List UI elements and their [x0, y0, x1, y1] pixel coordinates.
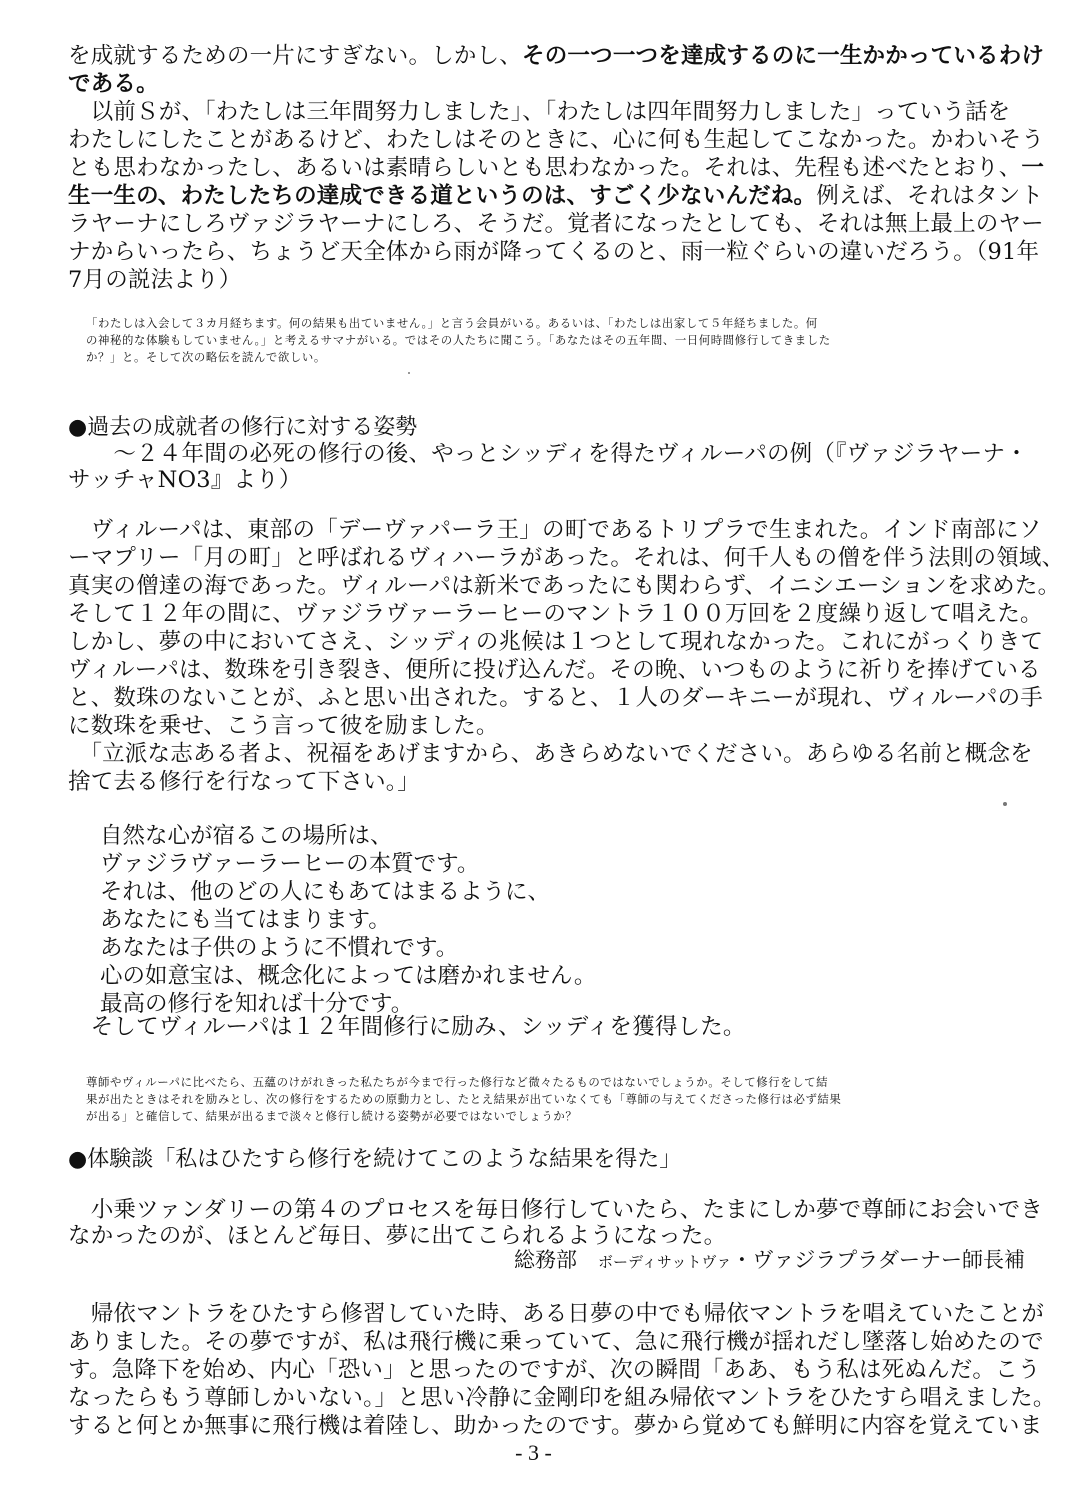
- section-subheading: ～２４年間の必死の修行の後、やっとシッディを得たヴィルーパの例（『ヴァジラヤーナ…: [68, 440, 1028, 468]
- body-line: 「立派な志ある者よ、祝福をあげますから、あきらめないでください。あらゆる名前と概…: [68, 740, 1033, 768]
- signature-title: ボーディサットヴァ: [598, 1253, 731, 1271]
- testimony-line: なったらもう尊師しかいない。」と思い冷静に金剛印を組み帰依マントラをひたすら唱え…: [68, 1384, 1056, 1412]
- intro-line: 生一生の、わたしたちの達成できる道というのは、すごく少ないんだね。例えば、それは…: [68, 182, 1043, 210]
- body-line: 捨て去る修行を行なって下さい。」: [68, 768, 420, 796]
- body-line: そして１２年の間に、ヴァジラヴァーラーヒーのマントラ１００万回を２度繰り返して唱…: [68, 600, 1043, 628]
- signature-name: ・ヴァジラプラダーナー師長補: [731, 1248, 1025, 1272]
- intro-line: 以前Ｓが、「わたしは三年間努力しました」、「わたしは四年間努力しました」っていう…: [68, 98, 1010, 126]
- scan-speck: [408, 372, 410, 374]
- intro-bold-text: 一: [1021, 155, 1044, 181]
- poem-line: あなたは子供のように不慣れです。: [100, 934, 458, 962]
- intro-text: とも思わなかったし、あるいは素晴らしいとも思わなかった。それは、先程も述べたとお…: [68, 155, 1021, 181]
- intro-line: ラヤーナにしろヴァジラヤーナにしろ、そうだ。覚者になったとしても、それは無上最上…: [68, 210, 1044, 238]
- page-number: - 3 -: [0, 1440, 1067, 1466]
- testimony-line: 小乗ツァンダリーの第４のプロセスを毎日修行していたら、たまにしか夢で尊師にお会い…: [68, 1196, 1043, 1224]
- note-line: 「わたしは入会して３カ月経ちます。何の結果も出ていません。」と言う会員がいる。あ…: [86, 315, 818, 331]
- section-subheading: サッチャNO3』より）: [68, 466, 302, 494]
- intro-line: 7月の説法より）: [68, 266, 241, 294]
- section-heading: ●体験談「私はひたすら修行を続けてこのような結果を得た」: [68, 1146, 681, 1174]
- testimony-line: 帰依マントラをひたすら修習していた時、ある日夢の中でも帰依マントラを唱えていたこ…: [68, 1300, 1044, 1328]
- body-line: と、数珠のないことが、ふと思い出された。すると、１人のダーキニーが現れ、ヴィルー…: [68, 684, 1043, 712]
- body-line: 真実の僧達の海であった。ヴィルーパは新米であったにも関わらず、イニシエーションを…: [68, 572, 1060, 600]
- section-heading: ●過去の成就者の修行に対する姿勢: [68, 414, 417, 442]
- intro-text: を成就するための一片にすぎない。しかし、: [68, 43, 522, 69]
- poem-line: 心の如意宝は、概念化によっては磨かれません。: [100, 962, 596, 990]
- body-line: に数珠を乗せ、こう言って彼を励ました。: [68, 712, 499, 740]
- signature: 総務部 ボーディサットヴァ・ヴァジラプラダーナー師長補: [514, 1246, 1025, 1276]
- intro-line: わたしにしたことがあるけど、わたしはそのときに、心に何も生起してこなかった。かわ…: [68, 126, 1044, 154]
- testimony-line: すると何とか無事に飛行機は着陸し、助かったのです。夢から覚めても鮮明に内容を覚え…: [68, 1412, 1042, 1440]
- testimony-line: ありました。その夢ですが、私は飛行機に乗っていて、急に飛行機が揺れだし墜落し始め…: [68, 1328, 1044, 1356]
- body-line: しかし、夢の中においてさえ、シッディの兆候は１つとして現れなかった。これにがっく…: [68, 628, 1043, 656]
- body-line: ヴィルーパは、数珠を引き裂き、便所に投げ込んだ。その晩、いつものように祈りを捧げ…: [68, 656, 1041, 684]
- intro-line: である。: [68, 70, 159, 98]
- poem-line: それは、他のどの人にもあてはまるように、: [100, 878, 550, 906]
- conclusion-line: そしてヴィルーパは１２年間修行に励み、シッディを獲得した。: [68, 1013, 746, 1041]
- note-line: か？」と。そして次の略伝を読んで欲しい。: [86, 349, 326, 365]
- note-line: 尊師やヴィルーパに比べたら、五蘊のけがれきった私たちが今まで行った修行など微々た…: [86, 1074, 828, 1090]
- intro-line: とも思わなかったし、あるいは素晴らしいとも思わなかった。それは、先程も述べたとお…: [68, 154, 1044, 182]
- signature-department: 総務部: [514, 1248, 577, 1272]
- note-line: 果が出たときはそれを励みとし、次の修行をするための原動力とし、たとえ結果が出てい…: [86, 1091, 841, 1107]
- poem-line: ヴァジラヴァーラーヒーの本質です。: [100, 850, 479, 878]
- poem-line: 自然な心が宿るこの場所は、: [100, 822, 393, 850]
- poem-line: あなたにも当てはまります。: [100, 906, 391, 934]
- scan-speck: [1003, 802, 1007, 806]
- note-line: の神秘的な体験もしていません。」と考えるサマナがいる。ではその人たちに聞こう。「…: [86, 332, 831, 348]
- intro-line: を成就するための一片にすぎない。しかし、その一つ一つを達成するのに一生かかってい…: [68, 42, 1044, 70]
- note-line: が出る」と確信して、結果が出るまで淡々と修行し続ける姿勢が必要ではないでしょうか…: [86, 1108, 577, 1124]
- intro-bold-text: その一つ一つを達成するのに一生かかっているわけ: [522, 43, 1044, 69]
- intro-text: 例えば、それはタント: [816, 183, 1043, 209]
- intro-line: ナからいったら、ちょうど天全体から雨が降ってくるのと、雨一粒ぐらいの違いだろう。…: [68, 238, 1039, 266]
- intro-bold-text: 生一生の、わたしたちの達成できる道というのは、すごく少ないんだね。: [68, 183, 816, 209]
- testimony-line: す。急降下を始め、内心「恐い」と思ったのですが、次の瞬間「ああ、もう私は死ぬんだ…: [68, 1356, 1041, 1384]
- document-page: を成就するための一片にすぎない。しかし、その一つ一つを達成するのに一生かかってい…: [0, 0, 1067, 1504]
- body-line: ーマプリー「月の町」と呼ばれるヴィハーラがあった。それは、何千人もの僧を伴う法則…: [68, 544, 1064, 572]
- body-line: ヴィルーパは、東部の「デーヴァパーラ王」の町であるトリプラで生まれた。インド南部…: [68, 516, 1041, 544]
